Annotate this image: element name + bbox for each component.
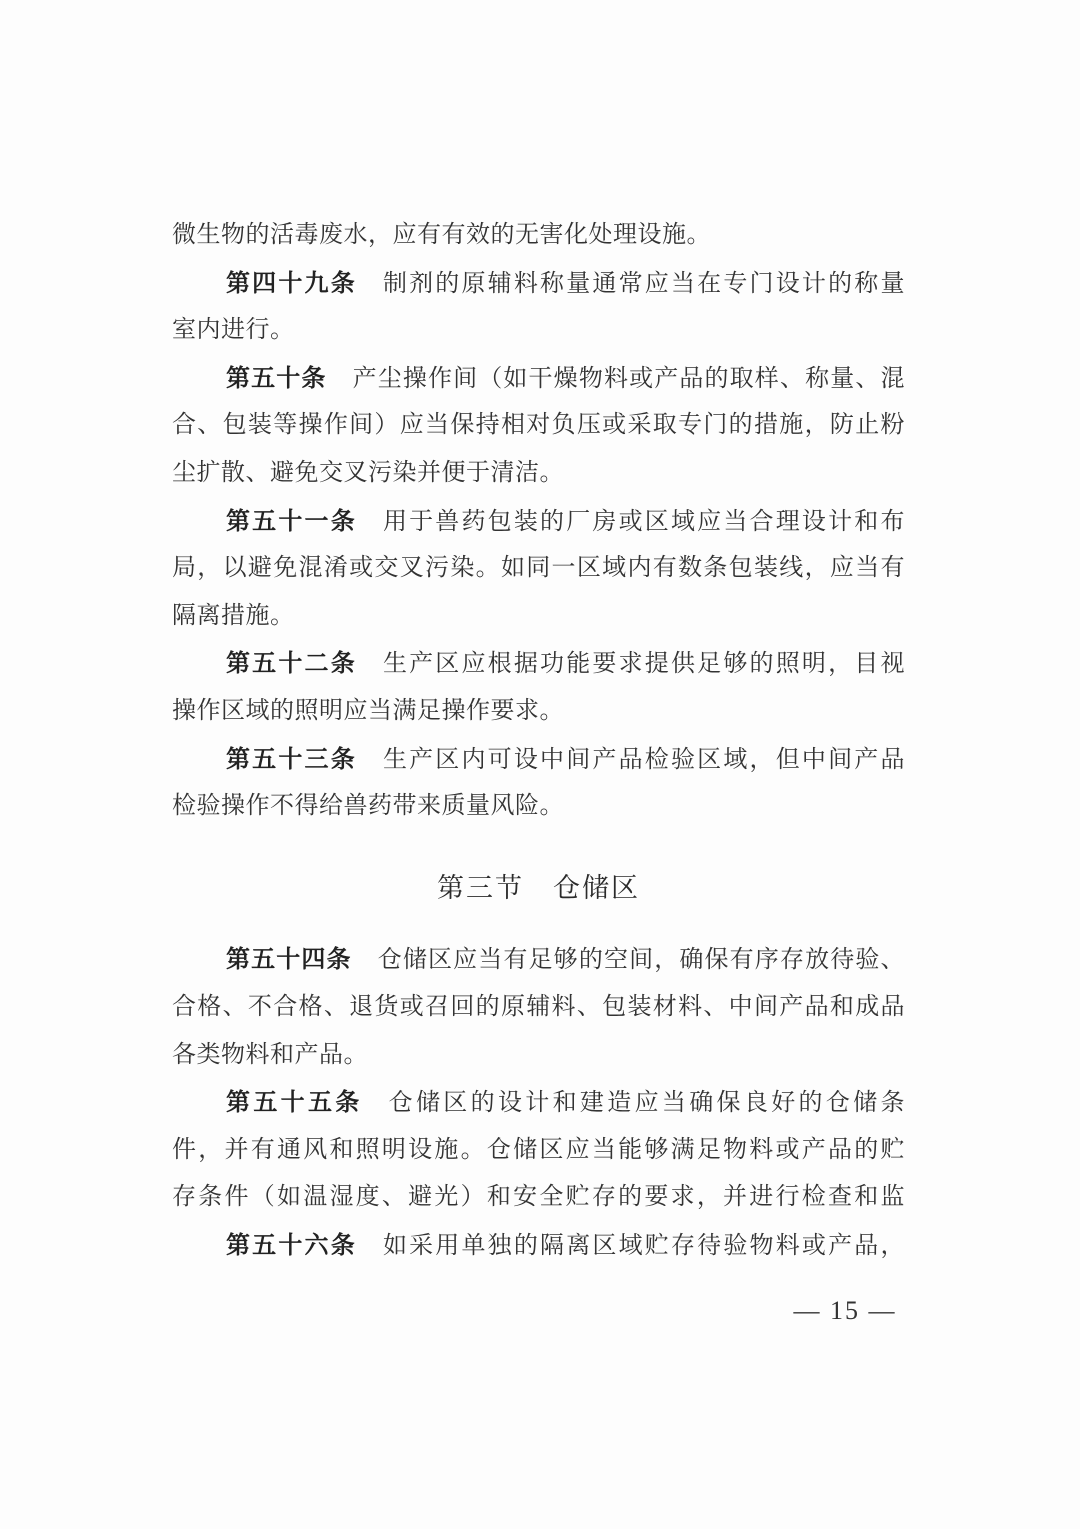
article-number: 第五十四条 xyxy=(226,946,352,973)
body-line: 操作区域的照明应当满足操作要求。 xyxy=(172,688,905,736)
article-number: 第五十一条 xyxy=(226,508,357,535)
body-line: 第五十二条生产区应根据功能要求提供足够的照明，目视 xyxy=(172,640,905,688)
line-text: 生产区应根据功能要求提供足够的照明，目视 xyxy=(383,651,905,677)
text-block: 微生物的活毒废水，应有有效的无害化处理设施。 第四十九条制剂的原辅料称量通常应当… xyxy=(172,212,905,1269)
body-line: 件，并有通风和照明设施。仓储区应当能够满足物料或产品的贮 xyxy=(172,1127,905,1175)
section-heading: 第三节 仓储区 xyxy=(172,865,905,913)
article-number: 第四十九条 xyxy=(226,270,357,297)
line-text: 制剂的原辅料称量通常应当在专门设计的称量 xyxy=(383,271,905,297)
body-line: 第五十六条如采用单独的隔离区域贮存待验物料或产品， xyxy=(172,1222,905,1270)
page-number: — 15 — xyxy=(780,1288,910,1334)
body-line: 合格、不合格、退货或召回的原辅料、包装材料、中间产品和成品等 xyxy=(172,984,905,1032)
line-text: 如采用单独的隔离区域贮存待验物料或产品， xyxy=(383,1233,905,1259)
body-line: 尘扩散、避免交叉污染并便于清洁。 xyxy=(172,450,905,498)
article-number: 第五十六条 xyxy=(226,1232,357,1259)
body-line: 各类物料和产品。 xyxy=(172,1032,905,1080)
line-text: 用于兽药包装的厂房或区域应当合理设计和布 xyxy=(383,509,905,535)
body-line: 室内进行。 xyxy=(172,307,905,355)
body-line: 存条件（如温湿度、避光）和安全贮存的要求，并进行检查和监控。 xyxy=(172,1174,905,1222)
line-text: 仓储区的设计和建造应当确保良好的仓储条 xyxy=(389,1090,905,1116)
body-line: 第五十五条仓储区的设计和建造应当确保良好的仓储条 xyxy=(172,1079,905,1127)
line-text: 产尘操作间（如干燥物料或产品的取样、称量、混 xyxy=(353,366,905,392)
line-text: 生产区内可设中间产品检验区域，但中间产品 xyxy=(383,747,905,773)
article-number: 第五十三条 xyxy=(226,746,357,773)
article-number: 第五十五条 xyxy=(226,1089,363,1116)
document-page: 微生物的活毒废水，应有有效的无害化处理设施。 第四十九条制剂的原辅料称量通常应当… xyxy=(0,0,1080,1529)
body-line: 第五十一条用于兽药包装的厂房或区域应当合理设计和布 xyxy=(172,498,905,546)
article-number: 第五十二条 xyxy=(226,650,357,677)
body-line: 检验操作不得给兽药带来质量风险。 xyxy=(172,783,905,831)
body-line: 微生物的活毒废水，应有有效的无害化处理设施。 xyxy=(172,212,905,260)
body-line: 第五十四条仓储区应当有足够的空间，确保有序存放待验、 xyxy=(172,936,905,984)
body-line: 第四十九条制剂的原辅料称量通常应当在专门设计的称量 xyxy=(172,260,905,308)
body-line: 局，以避免混淆或交叉污染。如同一区域内有数条包装线，应当有 xyxy=(172,545,905,593)
body-line: 隔离措施。 xyxy=(172,593,905,641)
line-text: 仓储区应当有足够的空间，确保有序存放待验、 xyxy=(378,947,905,973)
body-line: 合、包装等操作间）应当保持相对负压或采取专门的措施，防止粉 xyxy=(172,402,905,450)
article-number: 第五十条 xyxy=(226,365,327,392)
body-line: 第五十三条生产区内可设中间产品检验区域，但中间产品 xyxy=(172,736,905,784)
body-line: 第五十条产尘操作间（如干燥物料或产品的取样、称量、混 xyxy=(172,355,905,403)
